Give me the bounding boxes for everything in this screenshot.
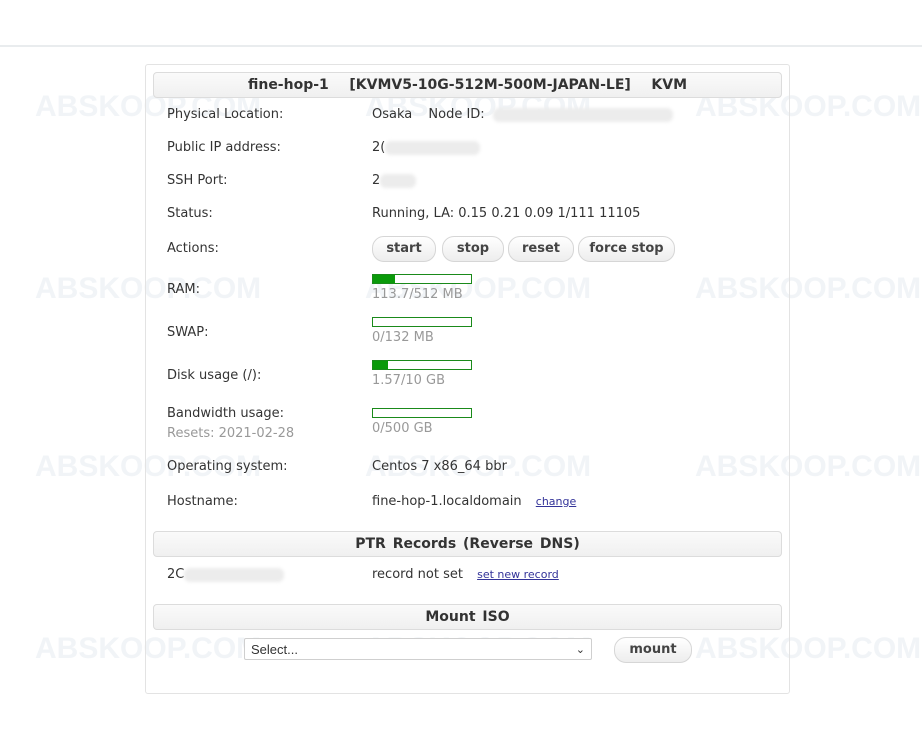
status-label: Status: <box>167 206 213 221</box>
public-ip-redacted <box>385 141 480 155</box>
chevron-down-icon: ⌄ <box>576 639 585 661</box>
ptr-ip: 2C <box>167 567 284 582</box>
ssh-port-value: 2 <box>372 173 416 188</box>
public-ip-label: Public IP address: <box>167 140 281 155</box>
vps-info-panel: fine-hop-1 [KVMV5-10G-512M-500M-JAPAN-LE… <box>145 64 790 694</box>
force-stop-button[interactable]: force stop <box>578 236 675 262</box>
ptr-records-title: PTR Records (Reverse DNS) <box>355 536 580 552</box>
os-label: Operating system: <box>167 459 288 474</box>
node-id-redacted <box>493 108 673 122</box>
os-value: Centos 7 x86_64 bbr <box>372 459 507 474</box>
iso-select-value: Select... <box>251 642 298 657</box>
hostname-text: fine-hop-1.localdomain <box>372 494 522 509</box>
iso-select[interactable]: Select... ⌄ <box>244 638 592 660</box>
top-divider <box>0 45 922 47</box>
vps-title: fine-hop-1 [KVMV5-10G-512M-500M-JAPAN-LE… <box>248 77 687 93</box>
ram-usage-fill <box>373 275 395 283</box>
node-id-label: Node ID: <box>428 107 484 122</box>
hostname-value: fine-hop-1.localdomain change <box>372 494 576 509</box>
public-ip-value: 2( <box>372 140 480 155</box>
disk-usage-fill <box>373 361 388 369</box>
ram-label: RAM: <box>167 282 200 297</box>
ssh-port-label: SSH Port: <box>167 173 228 188</box>
reset-button[interactable]: reset <box>508 236 574 262</box>
location-text: Osaka <box>372 107 412 122</box>
swap-label: SWAP: <box>167 325 209 340</box>
ram-usage-text: 113.7/512 MB <box>372 287 463 302</box>
disk-usage-text: 1.57/10 GB <box>372 373 445 388</box>
ptr-status-text: record not set <box>372 567 463 582</box>
ssh-port-text: 2 <box>372 173 380 188</box>
mount-button[interactable]: mount <box>614 637 692 663</box>
bandwidth-reset-date: Resets: 2021-02-28 <box>167 426 294 441</box>
start-button[interactable]: start <box>372 236 436 262</box>
bandwidth-label: Bandwidth usage: <box>167 406 284 421</box>
ptr-status: record not set set new record <box>372 567 559 582</box>
vps-title-header: fine-hop-1 [KVMV5-10G-512M-500M-JAPAN-LE… <box>153 72 782 98</box>
stop-button[interactable]: stop <box>442 236 504 262</box>
swap-usage-bar <box>372 317 472 327</box>
bandwidth-usage-bar <box>372 408 472 418</box>
mount-iso-title: Mount ISO <box>425 609 509 625</box>
ptr-ip-text: 2C <box>167 567 184 582</box>
status-value: Running, LA: 0.15 0.21 0.09 1/111 11105 <box>372 206 640 221</box>
change-hostname-link[interactable]: change <box>536 495 576 508</box>
ptr-ip-redacted <box>184 568 284 582</box>
physical-location-value: Osaka Node ID: <box>372 107 673 122</box>
physical-location-label: Physical Location: <box>167 107 283 122</box>
ssh-port-redacted <box>380 174 416 188</box>
ram-usage-bar <box>372 274 472 284</box>
hostname-label: Hostname: <box>167 494 238 509</box>
disk-usage-bar <box>372 360 472 370</box>
bandwidth-usage-text: 0/500 GB <box>372 421 433 436</box>
set-new-record-link[interactable]: set new record <box>477 568 559 581</box>
ptr-records-header: PTR Records (Reverse DNS) <box>153 531 782 557</box>
actions-label: Actions: <box>167 241 219 256</box>
mount-iso-header: Mount ISO <box>153 604 782 630</box>
swap-usage-text: 0/132 MB <box>372 330 434 345</box>
disk-label: Disk usage (/): <box>167 368 261 383</box>
public-ip-text: 2( <box>372 140 385 155</box>
